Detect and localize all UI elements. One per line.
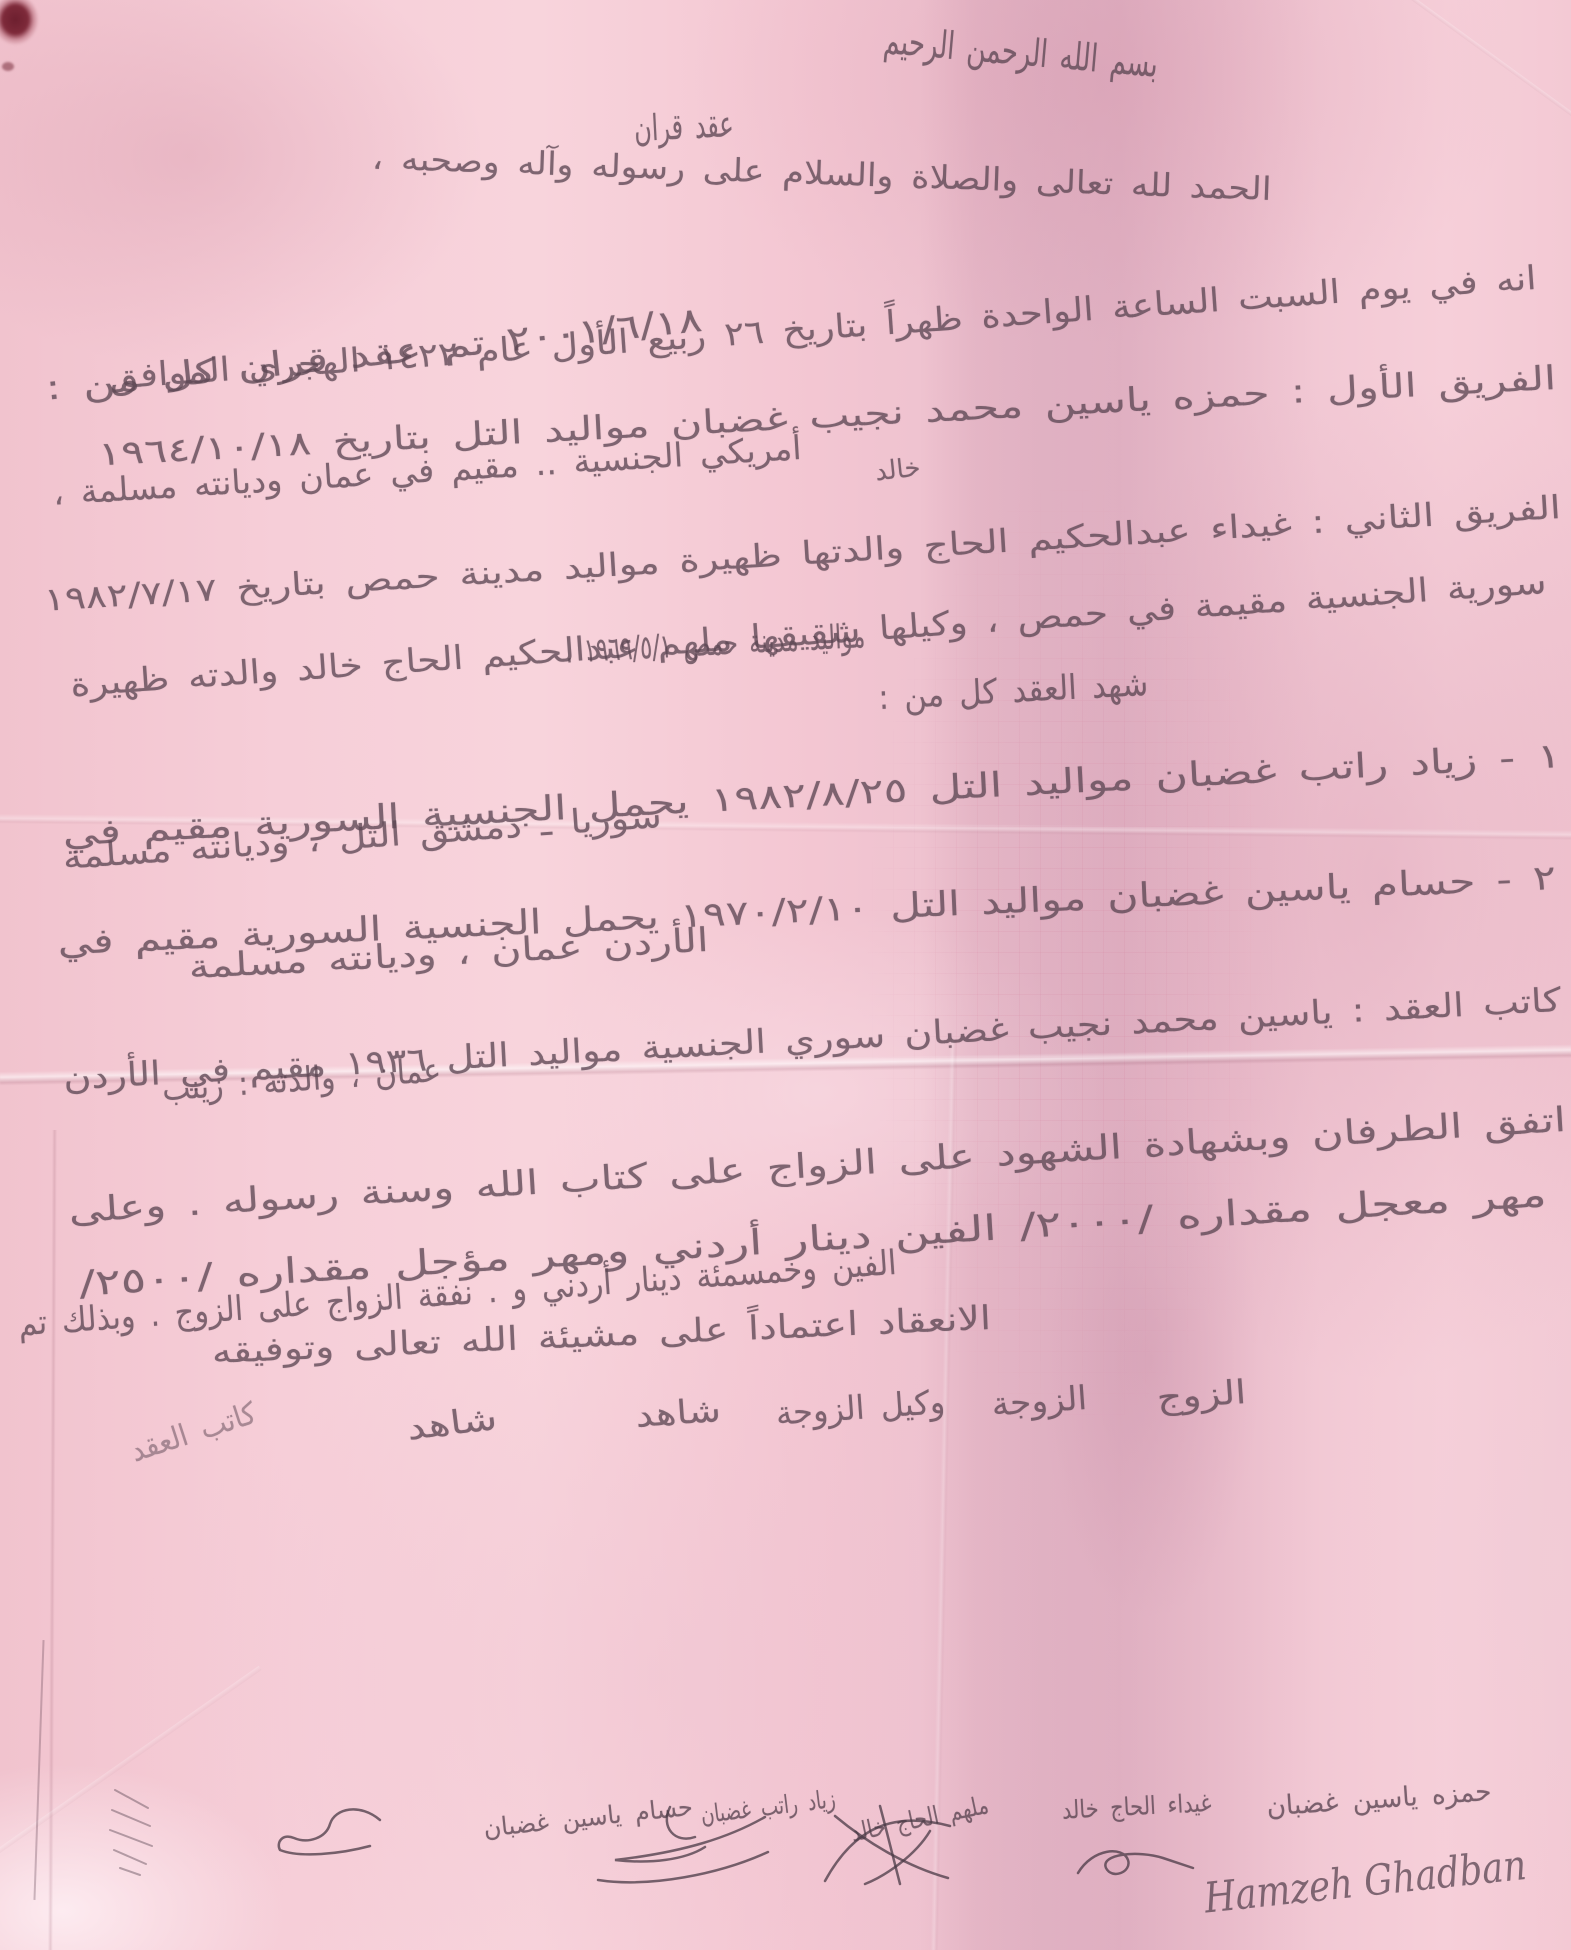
- ink-blot: [0, 0, 44, 58]
- signature-role-1: الزوجة: [990, 1378, 1088, 1424]
- paper-crease-vertical: [48, 1130, 57, 1950]
- document-line-1: عقد قران: [633, 104, 735, 150]
- stray-ink-line: [33, 1640, 44, 1900]
- paper-crease-diagonal: [1361, 0, 1571, 164]
- signature-role-3: شاهد: [634, 1390, 722, 1435]
- signature-role-5: كاتب العقد: [127, 1396, 261, 1469]
- document-line-0: بسم الله الرحمن الرحيم: [882, 18, 1160, 86]
- latin-signature: Hamzeh Ghadban: [1201, 1840, 1528, 1923]
- signature-name-1: غيداء الحاج خالد: [1062, 1788, 1213, 1825]
- signature-role-0: الزوج: [1156, 1372, 1248, 1417]
- signature-scribble-agent: [810, 1796, 960, 1891]
- document-line-9: مواليد مدينة حمص ١٩٦٩/٥/١ .: [564, 616, 866, 671]
- hatch-marks: [100, 1778, 185, 1878]
- signature-scribble-witness2: [270, 1798, 390, 1863]
- ink-blot-dot: [2, 62, 14, 71]
- superscript-insertion: خالد: [874, 453, 922, 488]
- signature-role-4: شاهد: [404, 1398, 499, 1448]
- signature-role-2: وكيل الزوجة: [775, 1382, 947, 1433]
- scanned-marriage-contract-page: بسم الله الرحمن الرحيمعقد قرانالحمد لله …: [0, 0, 1571, 1950]
- document-line-10: شهد العقد كل من :: [877, 664, 1149, 718]
- document-line-2: الحمد لله تعالى والصلاة والسلام على رسول…: [371, 139, 1272, 208]
- signature-name-0: حمزه ياسين غضبان: [1265, 1776, 1492, 1823]
- signature-scribble-bride: [1068, 1838, 1198, 1893]
- scan-shadow-patch: [1040, 1100, 1260, 1620]
- signature-scribble-witness1: [590, 1792, 775, 1887]
